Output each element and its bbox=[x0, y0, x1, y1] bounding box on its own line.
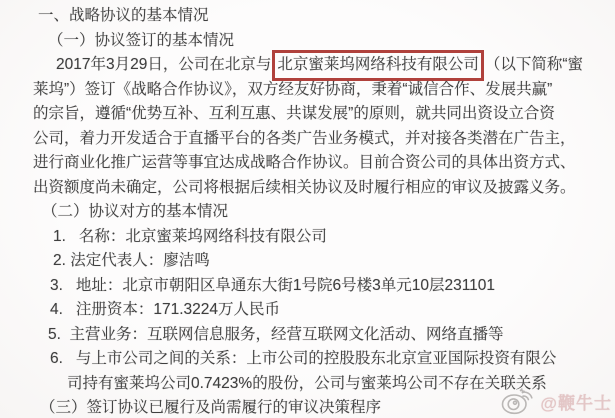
para1-post: （以下简称“蜜 bbox=[485, 56, 583, 73]
item-relationship-line2: 司持有蜜莱坞公司0.7423%的股份，公司与蜜莱坞公司不存在关联关系 bbox=[67, 372, 615, 397]
item-name: 1. 名称：北京蜜莱坞网络科技有限公司 bbox=[53, 225, 615, 250]
para1-line6: 出资额度尚未确定，公司将根据后续相关协议及时履行相应的审议及披露义务。 bbox=[33, 176, 615, 201]
para1-line5: 进行商业化推广运营等事宜达成战略合作协议。目前合资公司的具体出资方式、 bbox=[33, 151, 615, 176]
item-main-business: 5. 主营业务：互联网信息服务，经营互联网文化活动、网络直播等 bbox=[48, 323, 615, 348]
para1-line4: 公司，着力开发适合于直播平台的各类广告业务模式，并对接各类潜在广告主， bbox=[33, 127, 615, 152]
section3-heading: （三）签订协议已履行及尚需履行的审议决策程序 bbox=[40, 396, 615, 418]
highlighted-company-name: 北京蜜莱坞网络科技有限公司 bbox=[272, 50, 484, 81]
para1-line2: 莱坞”）签订《战略合作协议》，双方经友好协商，秉着“诚信合作、发展共赢” bbox=[33, 78, 615, 103]
document-page: 一、战略协议的基本情况 （一）协议签订的基本情况 2017年3月29日，公司在北… bbox=[0, 0, 615, 418]
para1-line3: 的宗旨，遵循“优势互补、互利互惠、共谋发展”的原则，就共同出资设立合资 bbox=[33, 102, 615, 127]
heading-main: 一、战略协议的基本情况 bbox=[38, 4, 615, 29]
para1-line1: 2017年3月29日，公司在北京与北京蜜莱坞网络科技有限公司（以下简称“蜜 bbox=[56, 53, 615, 78]
para1-pre: 2017年3月29日，公司在北京与 bbox=[56, 56, 271, 73]
item-legal-representative: 2. 法定代表人：廖洁鸣 bbox=[53, 249, 615, 274]
item-relationship-line1: 6. 与上市公司之间的关系：上市公司的控股股东北京宣亚国际投资有限公 bbox=[50, 347, 615, 372]
item-address: 3. 地址：北京市朝阳区阜通东大街1号院6号楼3单元10层231101 bbox=[50, 274, 615, 299]
section2-heading: （二）协议对方的基本情况 bbox=[42, 200, 615, 225]
item-registered-capital: 4. 注册资本：171.3224万人民币 bbox=[50, 298, 615, 323]
